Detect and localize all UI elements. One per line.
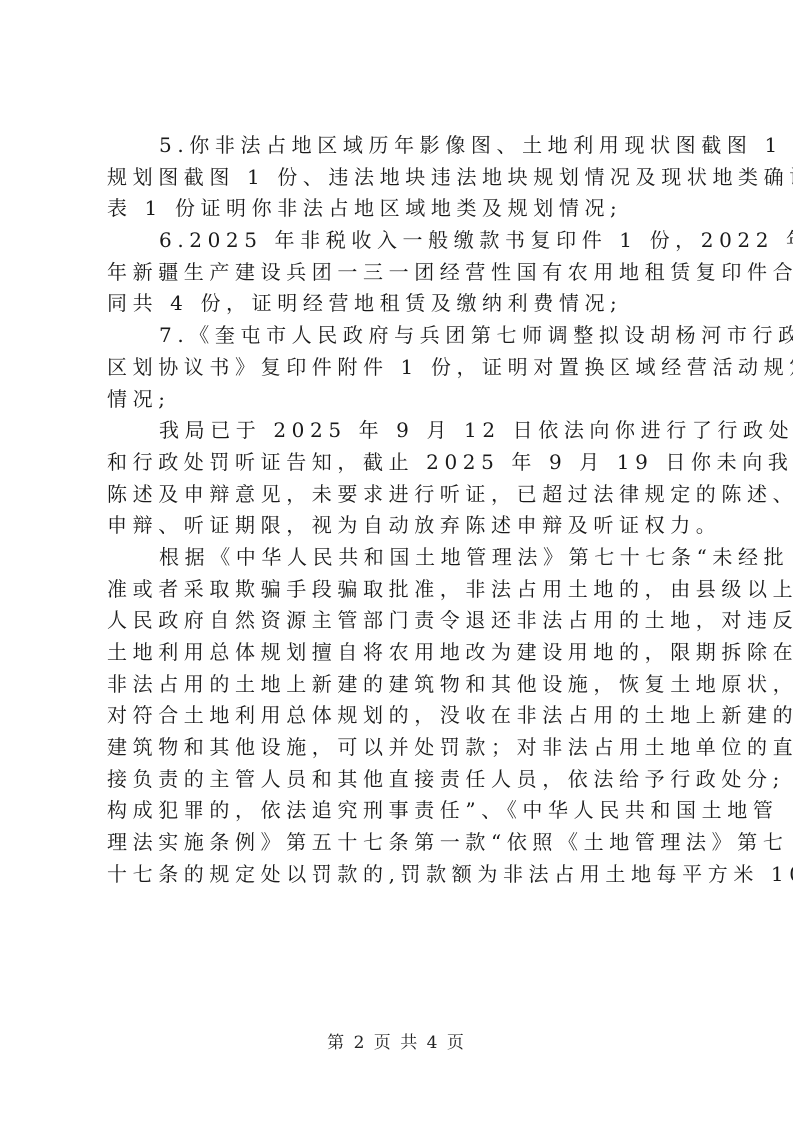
text-line: 年新疆生产建设兵团一三一团经营性国有农用地租赁复印件合: [107, 257, 689, 289]
text-line: 准或者采取欺骗手段骗取批准，非法占用土地的，由县级以上: [107, 574, 689, 606]
document-body: 5.你非法占地区域历年影像图、土地利用现状图截图 1 份、 规划图截图 1 份、…: [107, 130, 689, 891]
text-line: 陈述及申辩意见，未要求进行听证，已超过法律规定的陈述、: [107, 479, 689, 511]
text-line: 规划图截图 1 份、违法地块违法地块规划情况及现状地类确认: [107, 162, 689, 194]
text-line: 申辩、听证期限，视为自动放弃陈述申辩及听证权力。: [107, 510, 689, 542]
text-line: 建筑物和其他设施，可以并处罚款；对非法占用土地单位的直: [107, 732, 689, 764]
text-line: 十七条的规定处以罚款的,罚款额为非法占用土地每平方米 100: [107, 859, 689, 891]
text-line: 6.2025 年非税收入一般缴款书复印件 1 份，2022 年-2025: [107, 225, 689, 257]
text-line: 和行政处罚听证告知，截止 2025 年 9 月 19 日你未向我局提出: [107, 447, 689, 479]
page-label-mid: 页 共: [374, 1033, 419, 1053]
text-line: 土地利用总体规划擅自将农用地改为建设用地的，限期拆除在: [107, 637, 689, 669]
page-label-suffix: 页: [447, 1033, 466, 1053]
text-line: 我局已于 2025 年 9 月 12 日依法向你进行了行政处罚告知: [107, 415, 689, 447]
text-line: 同共 4 份，证明经营地租赁及缴纳利费情况;: [107, 288, 689, 320]
text-line: 7.《奎屯市人民政府与兵团第七师调整拟设胡杨河市行政: [107, 320, 689, 352]
page-number-footer: 第 2 页 共 4 页: [0, 1028, 793, 1053]
text-line: 表 1 份证明你非法占地区域地类及规划情况;: [107, 193, 689, 225]
text-line: 对符合土地利用总体规划的，没收在非法占用的土地上新建的: [107, 700, 689, 732]
current-page-number: 2: [354, 1033, 367, 1053]
document-page: 5.你非法占地区域历年影像图、土地利用现状图截图 1 份、 规划图截图 1 份、…: [0, 0, 793, 1122]
text-line: 情况;: [107, 384, 689, 416]
text-line: 非法占用的土地上新建的建筑物和其他设施，恢复土地原状，: [107, 669, 689, 701]
text-line: 根据《中华人民共和国土地管理法》第七十七条“未经批: [107, 542, 689, 574]
page-label-prefix: 第: [327, 1033, 346, 1053]
text-line: 接负责的主管人员和其他直接责任人员，依法给予行政处分;: [107, 764, 689, 796]
text-line: 理法实施条例》第五十七条第一款“依照《土地管理法》第七: [107, 827, 689, 859]
text-line: 构成犯罪的，依法追究刑事责任”、《中华人民共和国土地管: [107, 795, 689, 827]
text-line: 人民政府自然资源主管部门责令退还非法占用的土地，对违反: [107, 605, 689, 637]
text-line: 区划协议书》复印件附件 1 份，证明对置换区域经营活动规定: [107, 352, 689, 384]
total-pages-number: 4: [427, 1033, 440, 1053]
text-line: 5.你非法占地区域历年影像图、土地利用现状图截图 1 份、: [107, 130, 689, 162]
